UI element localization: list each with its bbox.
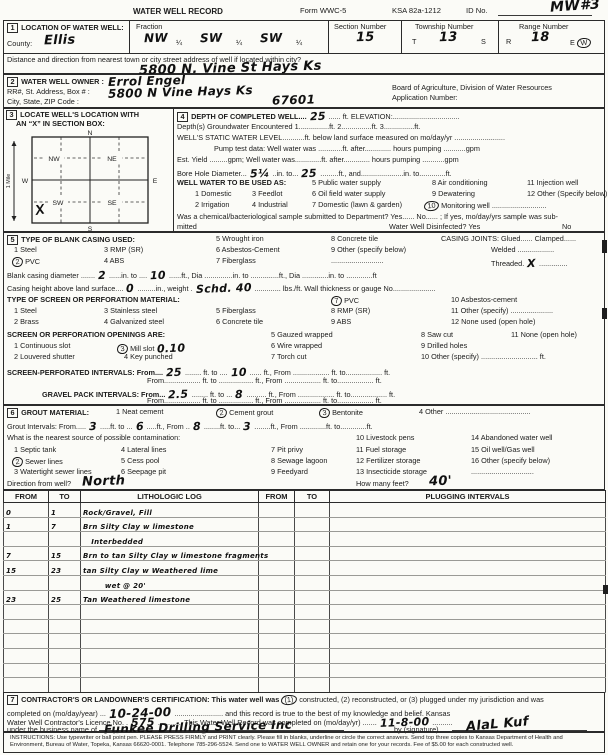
- option-label: 7 Torch cut: [271, 353, 307, 361]
- static-water-level-line: WELL'S STATIC WATER LEVEL...........ft. …: [177, 134, 505, 142]
- log-text: Interbedded: [81, 532, 259, 547]
- scan-artifact: [602, 240, 607, 253]
- range-w-circled: W: [576, 37, 591, 49]
- grout-selected-bentonite: 3: [318, 407, 330, 418]
- quarter-glyph: ¼: [296, 39, 302, 47]
- log-text: wet @ 20': [81, 575, 259, 590]
- option-label: 10 Asbestos-cement: [451, 296, 517, 304]
- section-certification: 7CONTRACTOR'S OR LANDOWNER'S CERTIFICATI…: [3, 692, 605, 732]
- log-text: Tan Weathered limestone: [81, 590, 259, 605]
- option-label: 11 Other (specify) .....................: [451, 307, 553, 315]
- option-label: 4 Industrial: [252, 201, 288, 209]
- option-label: 10 Livestock pens: [356, 434, 414, 442]
- groundwater-encountered-line: Depth(s) Groundwater Encountered 1......…: [177, 123, 420, 131]
- section2-number: 2: [7, 77, 18, 87]
- casing-height-value: 0: [126, 283, 134, 296]
- option-label: 4 Key punched: [124, 353, 173, 361]
- well-id-value: MW#3: [550, 0, 601, 16]
- option-label: 1 Septic tank: [14, 446, 56, 454]
- log-to: 25: [49, 590, 81, 605]
- option-label: 15 Oil well/Gas well: [471, 446, 535, 454]
- option-label: 2 Irrigation: [195, 201, 229, 209]
- log-row: wet @ 20': [4, 575, 606, 590]
- chem-sample-question-cont: mitted: [177, 223, 197, 231]
- log-row: 17Brn Silty Clay w limestone: [4, 517, 606, 532]
- option-label: 1 Steel: [14, 246, 37, 254]
- grout-intervals-label: Grout Intervals: From.....: [7, 422, 86, 431]
- option-label: 1 Domestic: [195, 190, 232, 198]
- log-text: Brn to tan Silty Clay w limestone fragme…: [81, 546, 259, 561]
- section4-number: 4: [177, 112, 188, 122]
- option-label: 5 Gauzed wrapped: [271, 331, 333, 339]
- screen-material-title: TYPE OF SCREEN OR PERFORATION MATERIAL:: [7, 296, 180, 304]
- section1-title: LOCATION OF WATER WELL:: [21, 23, 124, 32]
- direction-value: North: [82, 473, 126, 489]
- section-casing-screen: 5TYPE OF BLANK CASING USED: 5 Wrought ir…: [3, 232, 605, 405]
- chem-sample-question: Was a chemical/bacteriological sample su…: [177, 213, 558, 221]
- township-s: S: [481, 38, 486, 46]
- log-header-from: FROM: [4, 491, 49, 503]
- option-label: 9 Drilled holes: [421, 342, 467, 350]
- blank-dots: ..........................: [331, 257, 384, 265]
- section-location: 1LOCATION OF WATER WELL: County: Ellis F…: [3, 20, 605, 74]
- section-grout: 6GROUT MATERIAL: 1 Neat cement 2Cement g…: [3, 405, 605, 490]
- county-value: Ellis: [44, 33, 76, 49]
- casing-diameter-value: 2: [98, 270, 106, 283]
- fraction-3-value: SW: [260, 31, 283, 46]
- option-label: PVC: [25, 257, 40, 266]
- log-row: Interbedded: [4, 532, 606, 547]
- disinfected-no-label: No: [562, 223, 571, 231]
- log-from: 1: [4, 517, 49, 532]
- option-label: 5 Fiberglass: [216, 307, 256, 315]
- section6-number: 6: [7, 408, 18, 418]
- option-label: 5 Wrought iron: [216, 235, 264, 243]
- blank-casing-title: TYPE OF BLANK CASING USED:: [21, 235, 135, 244]
- scan-artifact: [603, 585, 608, 594]
- log-to: 1: [49, 503, 81, 518]
- log-row: 715Brn to tan Silty Clay w limestone fra…: [4, 546, 606, 561]
- quarter-glyph: ¼: [236, 39, 242, 47]
- direction-question: Direction from well?: [7, 480, 71, 488]
- option-label: 8 Saw cut: [421, 331, 453, 339]
- option-label: 12 Fertilizer storage: [356, 457, 420, 465]
- grout-from1-value: 3: [89, 421, 97, 434]
- blank-dots: ...............................: [471, 468, 534, 476]
- option-label: 8 Air conditioning: [432, 179, 488, 187]
- log-from: 23: [4, 590, 49, 605]
- log-row: [4, 605, 606, 620]
- log-header-to2: TO: [295, 491, 330, 503]
- option-label: 14 Abandoned water well: [471, 434, 553, 442]
- section1-number: 1: [7, 23, 18, 33]
- log-to: 7: [49, 517, 81, 532]
- quadrant-nw-label: NW: [48, 156, 60, 163]
- option-label: PVC: [344, 296, 359, 305]
- log-row: [4, 648, 606, 663]
- option-label: 1 Continuous slot: [14, 342, 70, 350]
- threaded-label: Threaded.: [491, 259, 524, 268]
- casing-selected-pvc: 2: [11, 256, 23, 267]
- section5-number: 5: [7, 235, 18, 245]
- log-row: 1523tan Silty Clay w Weathered lime: [4, 561, 606, 576]
- quadrant-se-label: SE: [107, 200, 117, 207]
- casing-depth-value: 10: [150, 270, 166, 283]
- grout-selected-cement: 2: [215, 407, 227, 418]
- option-label: 13 Insecticide storage: [356, 468, 427, 476]
- option-label: 8 Concrete tile: [331, 235, 378, 243]
- certification-text: CONTRACTOR'S OR LANDOWNER'S CERTIFICATIO…: [21, 695, 281, 704]
- option-label: 12 None used (open hole): [451, 318, 535, 326]
- grout-title: GROUT MATERIAL:: [21, 408, 89, 417]
- range-e: E: [570, 38, 575, 47]
- cert-selected-constructed: (1): [281, 694, 298, 706]
- interval-blank-row: From.................. ft. to ..........…: [147, 377, 382, 385]
- option-label: 8 Sewage lagoon: [271, 457, 327, 465]
- compass-n-label: N: [88, 130, 93, 137]
- log-row: [4, 663, 606, 678]
- id-label: ID No.: [466, 7, 488, 16]
- casing-weight-value: Schd. 40: [195, 282, 251, 297]
- compass-w-label: W: [22, 178, 29, 185]
- form-number: Form WWC-5: [300, 7, 346, 16]
- log-row: [4, 619, 606, 634]
- option-label: 12 Other (Specify below): [527, 190, 607, 198]
- log-text: tan Silty Clay w Weathered lime: [81, 561, 259, 576]
- casing-height-label: Casing height above land surface....: [7, 284, 123, 293]
- well-use-label: WELL WATER TO BE USED AS:: [177, 179, 286, 187]
- option-label: 9 ABS: [331, 318, 351, 326]
- casing-joints-label: CASING JOINTS: Glued...... Clamped......: [441, 235, 576, 243]
- log-row: 2325Tan Weathered limestone: [4, 590, 606, 605]
- option-label: 10 Other (specify) .....................…: [421, 353, 546, 361]
- section-number-value: 15: [356, 30, 375, 45]
- welded-label: Welded ..................: [491, 246, 554, 254]
- depth-completed-label: DEPTH OF COMPLETED WELL....: [191, 112, 307, 121]
- scan-artifact: [602, 308, 607, 319]
- log-row: [4, 678, 606, 693]
- grout-to2-value: 3: [243, 421, 251, 434]
- quadrant-ne-label: NE: [107, 156, 117, 163]
- well-use-selected-monitoring: 10: [423, 200, 439, 212]
- township-value: 13: [439, 30, 458, 45]
- option-label: 6 Asbestos-Cement: [216, 246, 280, 254]
- form-title: WATER WELL RECORD: [133, 7, 223, 16]
- casing-diameter-label: Blank casing diameter .......: [7, 271, 95, 280]
- section-box-diagram: 1 Mile NW NE SW SE N S W E X: [6, 127, 170, 233]
- option-label: 9 Feedyard: [271, 468, 308, 476]
- elevation-label: ...... ft. ELEVATION:...................…: [329, 112, 460, 121]
- option-label: 1 Neat cement: [116, 408, 163, 416]
- quadrant-sw-label: SW: [53, 200, 65, 207]
- screen-intervals-label: SCREEN-PERFORATED INTERVALS: From....: [7, 368, 163, 377]
- log-header-litho: LITHOLOGIC LOG: [81, 491, 259, 503]
- option-label: 16 Other (specify below): [471, 457, 550, 465]
- water-well-record-form: WATER WELL RECORD Form WWC-5 KSA 82a-121…: [0, 0, 608, 755]
- option-label: 4 Other ................................…: [419, 408, 531, 416]
- lithologic-log-table: FROM TO LITHOLOGIC LOG FROM TO PLUGGING …: [3, 490, 606, 693]
- log-text: Brn Silty Clay w limestone: [81, 517, 259, 532]
- log-from: 7: [4, 546, 49, 561]
- option-label: Sewer lines: [25, 457, 63, 466]
- fraction-1-value: NW: [144, 31, 168, 46]
- option-label: 11 Injection well: [527, 179, 578, 187]
- option-label: 11 Fuel storage: [356, 446, 406, 454]
- option-label: 2 Brass: [14, 318, 39, 326]
- owner-zip-value: 67601: [272, 92, 316, 107]
- option-label: 3 Feedlot: [252, 190, 282, 198]
- est-yield-line: Est. Yield .........gpm; Well water was.…: [177, 156, 459, 164]
- instructions-footer: INSTRUCTIONS: Use typewriter or ball poi…: [3, 732, 605, 753]
- option-label: 3 RMP (SR): [104, 246, 143, 254]
- disinfected-question: Water Well Disinfected? Yes: [389, 223, 480, 231]
- feet-question: How many feet?: [356, 480, 409, 488]
- one-mile-label: 1 Mile: [6, 174, 12, 188]
- option-label: 9 Other (specify below): [331, 246, 406, 254]
- feet-value: 40': [429, 474, 452, 490]
- option-label: 2 Louvered shutter: [14, 353, 75, 361]
- section2-title: WATER WELL OWNER :: [21, 77, 104, 86]
- option-label: 4 Lateral lines: [121, 446, 166, 454]
- openings-title: SCREEN OR PERFORATION OPENINGS ARE:: [7, 331, 165, 339]
- option-label: 9 Dewatering: [432, 190, 475, 198]
- compass-e-label: E: [153, 178, 158, 185]
- section7-number: 7: [7, 695, 18, 705]
- quarter-glyph: ¼: [176, 39, 182, 47]
- option-label: 5 Public water supply: [312, 179, 381, 187]
- option-label: Cement grout: [229, 408, 273, 417]
- grout-to1-value: 6: [135, 421, 143, 434]
- section-owner: 2WATER WELL OWNER : Errol Engel RR#, St.…: [3, 74, 605, 108]
- option-label: 5 Cess pool: [121, 457, 160, 465]
- contamination-question: What is the nearest source of possible c…: [7, 434, 180, 442]
- grout-from2-value: 8: [193, 421, 201, 434]
- option-label: 8 RMP (SR): [331, 307, 370, 315]
- township-t: T: [412, 38, 416, 46]
- section3-title: LOCATE WELL'S LOCATION WITH: [20, 110, 139, 119]
- threaded-x-mark: X: [527, 258, 536, 271]
- option-label: 7 Fiberglass: [216, 257, 256, 265]
- application-number-label: Application Number:: [392, 94, 458, 102]
- well-location-x-mark: X: [33, 200, 48, 218]
- log-from: 15: [4, 561, 49, 576]
- log-from: 0: [4, 503, 49, 518]
- log-row: 01Rock/Gravel, Fill: [4, 503, 606, 518]
- ksa-statute: KSA 82a-1212: [392, 7, 441, 16]
- option-label: 3 Watertight sewer lines: [14, 468, 92, 476]
- log-header-to: TO: [49, 491, 81, 503]
- section-location-box-and-depth: 3LOCATE WELL'S LOCATION WITH AN “X” IN S…: [3, 108, 605, 232]
- instructions-text: INSTRUCTIONS: Use typewriter or ball poi…: [10, 735, 598, 751]
- option-label: 6 Oil field water supply: [312, 190, 385, 198]
- option-label: Monitoring well ........................…: [441, 201, 546, 210]
- option-label: 6 Seepage pit: [121, 468, 166, 476]
- option-label: 1 Steel: [14, 307, 37, 315]
- log-header-plugging: PLUGGING INTERVALS: [330, 491, 606, 503]
- county-label: County:: [7, 40, 32, 48]
- log-header-from2: FROM: [259, 491, 295, 503]
- option-label: 3 Stainless steel: [104, 307, 157, 315]
- option-label: 7 Domestic (lawn & garden): [312, 201, 402, 209]
- log-to: 15: [49, 546, 81, 561]
- range-r: R: [506, 38, 511, 46]
- owner-address-label: RR#, St. Address, Box # :: [7, 88, 90, 96]
- owner-address-value: 5800 N Vine Hays Ks: [108, 83, 253, 101]
- option-label: 7 Pit privy: [271, 446, 303, 454]
- agency-name: Board of Agriculture, Division of Water …: [392, 84, 552, 92]
- log-to: 23: [49, 561, 81, 576]
- owner-city-label: City, State, ZIP Code :: [7, 98, 79, 106]
- bore-hole-label: Bore Hole Diameter...: [177, 169, 247, 178]
- log-text: Rock/Gravel, Fill: [81, 503, 259, 518]
- pump-test-line: Pump test data: Well water was .........…: [214, 145, 480, 153]
- option-label: Bentonite: [332, 408, 363, 417]
- fraction-2-value: SW: [200, 31, 223, 46]
- log-row: [4, 634, 606, 649]
- option-label: 6 Concrete tile: [216, 318, 263, 326]
- option-label: 11 None (open hole): [511, 331, 577, 339]
- option-label: 4 Galvanized steel: [104, 318, 164, 326]
- option-label: 4 ABS: [104, 257, 124, 265]
- option-label: 6 Wire wrapped: [271, 342, 322, 350]
- range-value: 18: [531, 30, 550, 45]
